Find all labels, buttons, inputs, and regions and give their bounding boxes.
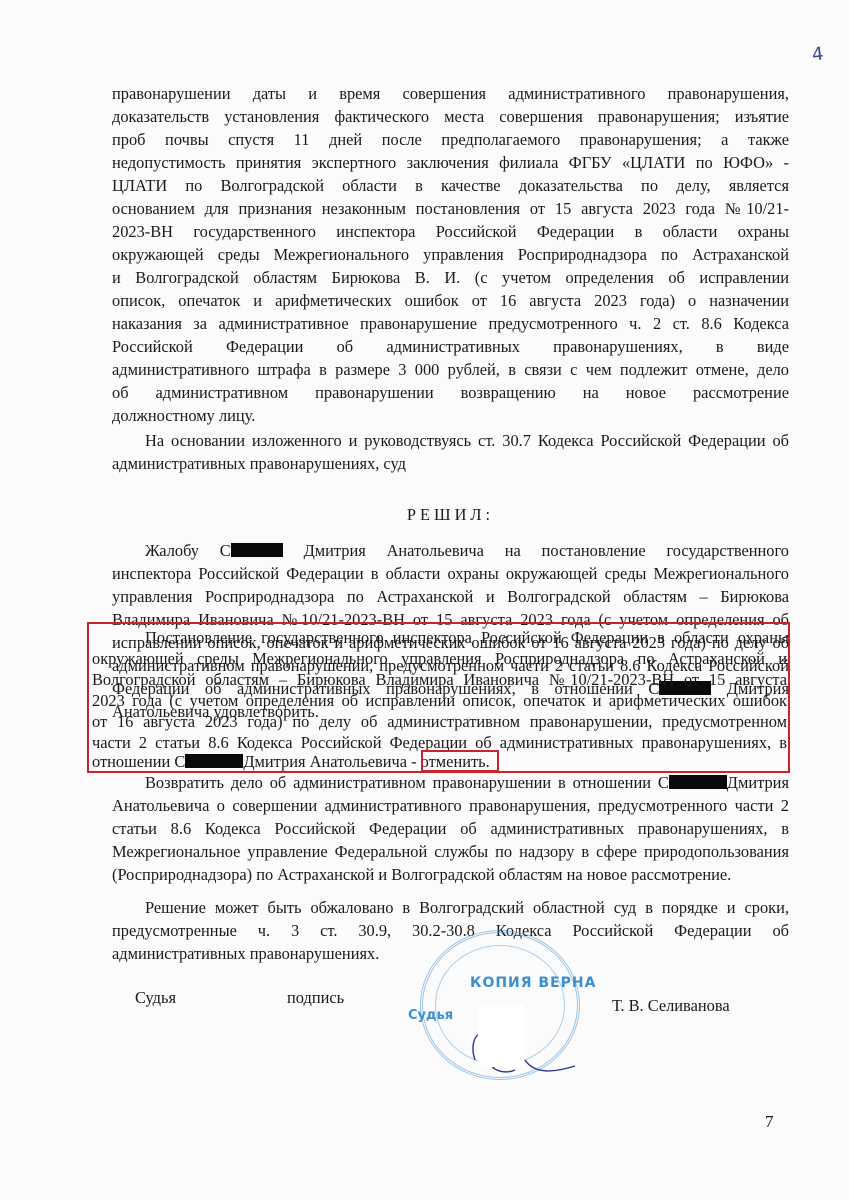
text-span: Дмитрия	[727, 773, 789, 792]
handwritten-page-mark: 4	[811, 43, 825, 65]
redacted-surname	[231, 543, 283, 557]
redacted-surname	[669, 775, 727, 789]
signature-stroke-icon	[455, 1000, 595, 1080]
text-line: 2023 года (с учетом определения об испра…	[92, 691, 787, 710]
text-span: отношении С	[92, 752, 185, 771]
text-line: Постановление государственного инспектор…	[145, 628, 789, 647]
document-page: 4 правонарушении даты и время совершения…	[0, 0, 849, 1200]
text-span: Жалобу С	[145, 541, 231, 560]
text-line: наказания за административное правонаруш…	[112, 314, 789, 333]
text-line: проб почвы спустя 11 дней после предпола…	[112, 130, 789, 149]
text-line: Возвратить дело об административном прав…	[145, 773, 789, 792]
text-span: Дмитрия Анатольевича -	[243, 752, 420, 771]
text-line: Решение может быть обжаловано в Волгогра…	[145, 898, 789, 917]
text-line: описок, опечаток и арифметических ошибок…	[112, 291, 789, 310]
stamp-copy-certified-text: КОПИЯ ВЕРНА	[470, 975, 596, 991]
text-line: об административном правонарушении возвр…	[112, 383, 789, 402]
signature-role: Судья	[135, 988, 176, 1008]
text-line: (Росприроднадзора) по Астраханской и Вол…	[112, 865, 789, 884]
text-line: окружающей среды Межрегионального управл…	[112, 245, 789, 264]
text-span: Дмитрия Анатольевича на постановление го…	[304, 541, 789, 560]
text-line: должностному лицу.	[112, 406, 789, 425]
text-line: правонарушении даты и время совершения а…	[112, 84, 789, 103]
text-line: управления Росприроднадзора по Астраханс…	[112, 587, 789, 606]
text-line: и Волгоградской областям Бирюкова В. И. …	[112, 268, 789, 287]
text-line: На основании изложенного и руководствуяс…	[145, 431, 789, 450]
text-line: предусмотренные ч. 3 ст. 30.9, 30.2-30.8…	[112, 921, 789, 940]
redacted-signature	[478, 1005, 524, 1067]
redacted-surname	[185, 754, 243, 768]
text-line: доказательств установления фактического …	[112, 107, 789, 126]
text-line: административных правонарушениях, суд	[112, 454, 789, 473]
text-line: 2023-ВН государственного инспектора Росс…	[112, 222, 789, 241]
page-number: 7	[765, 1112, 774, 1132]
text-line: основанием для признания незаконным пост…	[112, 199, 789, 218]
text-line: ЦЛАТИ по Волгоградской области в качеств…	[112, 176, 789, 195]
text-line: Анатольевича о совершении административн…	[112, 796, 789, 815]
judge-name: Т. В. Селиванова	[612, 996, 730, 1016]
text-line: Волгоградской областям – Бирюкова Владим…	[92, 670, 787, 689]
text-line: Жалобу С Дмитрия Анатольевича на постано…	[145, 541, 789, 560]
text-span: Возвратить дело об административном прав…	[145, 773, 669, 792]
text-line: Российской Федерации об административных…	[112, 337, 789, 356]
stamp-judge-text: Судья	[408, 1008, 453, 1023]
decision-heading: РЕШИЛ:	[112, 505, 789, 524]
text-line: статьи 8.6 Кодекса Российской Федерации …	[112, 819, 789, 838]
text-line: административного штрафа в размере 3 000…	[112, 360, 789, 379]
text-line: недопустимость принятия экспертного закл…	[112, 153, 789, 172]
text-line: от 16 августа 2023 года) по делу об адми…	[92, 712, 787, 731]
text-line: инспектора Российской Федерации в област…	[112, 564, 789, 583]
text-line: Межрегиональное управление Федеральной с…	[112, 842, 789, 861]
signature-label: подпись	[287, 988, 344, 1008]
text-line: окружающей среды Межрегионального управл…	[92, 649, 787, 668]
highlight-box-verdict	[421, 750, 499, 772]
